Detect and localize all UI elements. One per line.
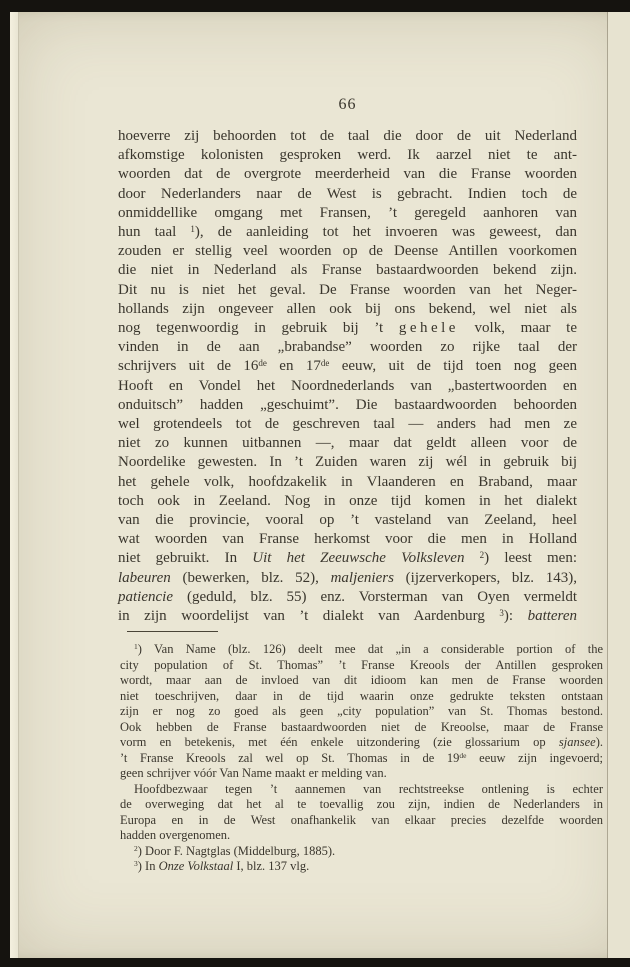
text-line: toch ook in Zeeland. Nog in onze tijd ko…	[118, 492, 577, 511]
scanned-book-page: 66 hoeverre zij behoorden tot de taal di…	[0, 0, 630, 967]
text-line: woorden dat de overgrote meerderheid van…	[118, 165, 577, 184]
text-line: de overweging dat het al te toevallig zo…	[120, 797, 603, 813]
text-line: onmiddellike omgang met Fransen, ’t gere…	[118, 204, 577, 223]
text-line: Europa en in de West onafhankelik van el…	[120, 813, 603, 829]
text-line: 3) In Onze Volkstaal I, blz. 137 vlg.	[120, 859, 603, 875]
text-line: 2) Door F. Nagtglas (Middelburg, 1885).	[120, 844, 603, 860]
text-line: in zijn woordelijst van ’t dialekt van A…	[118, 607, 577, 626]
text-line: Hooft en Vondel het Noordnederlands van …	[118, 377, 577, 396]
text-line: nog tegenwoordig in gebruik bij ’t gehel…	[118, 319, 577, 338]
text-line: Ook hebben de Franse bastaardwoorden nie…	[120, 720, 603, 736]
text-line: ’t Franse Kreools zal wel op St. Thomas …	[120, 751, 603, 767]
page-left-edge	[10, 12, 19, 958]
page-number: 66	[118, 96, 577, 114]
text-line: hun taal 1), de aanleiding tot het invoe…	[118, 223, 577, 242]
text-line: city population of St. Thomas” ’t Franse…	[120, 658, 603, 674]
text-line: schrijvers uit de 16de en 17de eeuw, uit…	[118, 357, 577, 376]
text-line: wel grotendeels tot de geschreven taal —…	[118, 415, 577, 434]
text-line: Hoofdbezwaar tegen ’t aannemen van recht…	[120, 782, 603, 798]
text-line: niet zo kunnen uitbannen —, maar dat gel…	[118, 434, 577, 453]
text-line: zouden er stellig veel woorden op de Dee…	[118, 242, 577, 261]
text-line: vorm en betekenis, met één enkele uitzon…	[120, 735, 603, 751]
page-right-margin	[608, 12, 630, 958]
book-page-paper: 66 hoeverre zij behoorden tot de taal di…	[10, 12, 630, 958]
text-line: patiencie (geduld, blz. 55) enz. Vorster…	[118, 588, 577, 607]
text-line: vinden in de aan „brabandse” woorden zo …	[118, 338, 577, 357]
text-line: onduitsch” hadden „geschuimt”. Die basta…	[118, 396, 577, 415]
text-line: Dit nu is niet het geval. De Franse woor…	[118, 281, 577, 300]
text-line: 1) Van Name (blz. 126) deelt mee dat „in…	[120, 642, 603, 658]
text-line: door Nederlanders naar de West is gebrac…	[118, 185, 577, 204]
text-line: niet gebruikt. In Uit het Zeeuwsche Volk…	[118, 549, 577, 568]
text-line: het gehele volk, hoofdzakelik in Vlaande…	[118, 473, 577, 492]
text-line: hoeverre zij behoorden tot de taal die d…	[118, 127, 577, 146]
text-line: labeuren (bewerken, blz. 52), maljeniers…	[118, 569, 577, 588]
text-line: wat woorden van Franse herkomst voor die…	[118, 530, 577, 549]
text-line: hollands zijn ongeveer allen ook bij ons…	[118, 300, 577, 319]
text-line: Noordelike gewesten. In ’t Zuiden waren …	[118, 453, 577, 472]
text-line: van die provincie, vooral op ’t vastelan…	[118, 511, 577, 530]
text-line: geen schrijver vóór Van Name maakt er me…	[120, 766, 603, 782]
body-text: hoeverre zij behoorden tot de taal die d…	[118, 127, 577, 626]
text-line: zijn er nog zo goed als geen „city popul…	[120, 704, 603, 720]
text-line: die niet in Nederland als Franse bastaar…	[118, 261, 577, 280]
text-line: niet toeschrijven, daar in de tijd waari…	[120, 689, 603, 705]
text-line: afkomstige kolonisten gesproken werd. Ik…	[118, 146, 577, 165]
footnote-separator-rule	[127, 631, 218, 632]
text-line: hadden overgenomen.	[120, 828, 603, 844]
page-crease-line	[607, 12, 608, 958]
text-line: wordt, maar aan de invloed van dit idioo…	[120, 673, 603, 689]
footnotes-block: 1) Van Name (blz. 126) deelt mee dat „in…	[120, 642, 603, 875]
